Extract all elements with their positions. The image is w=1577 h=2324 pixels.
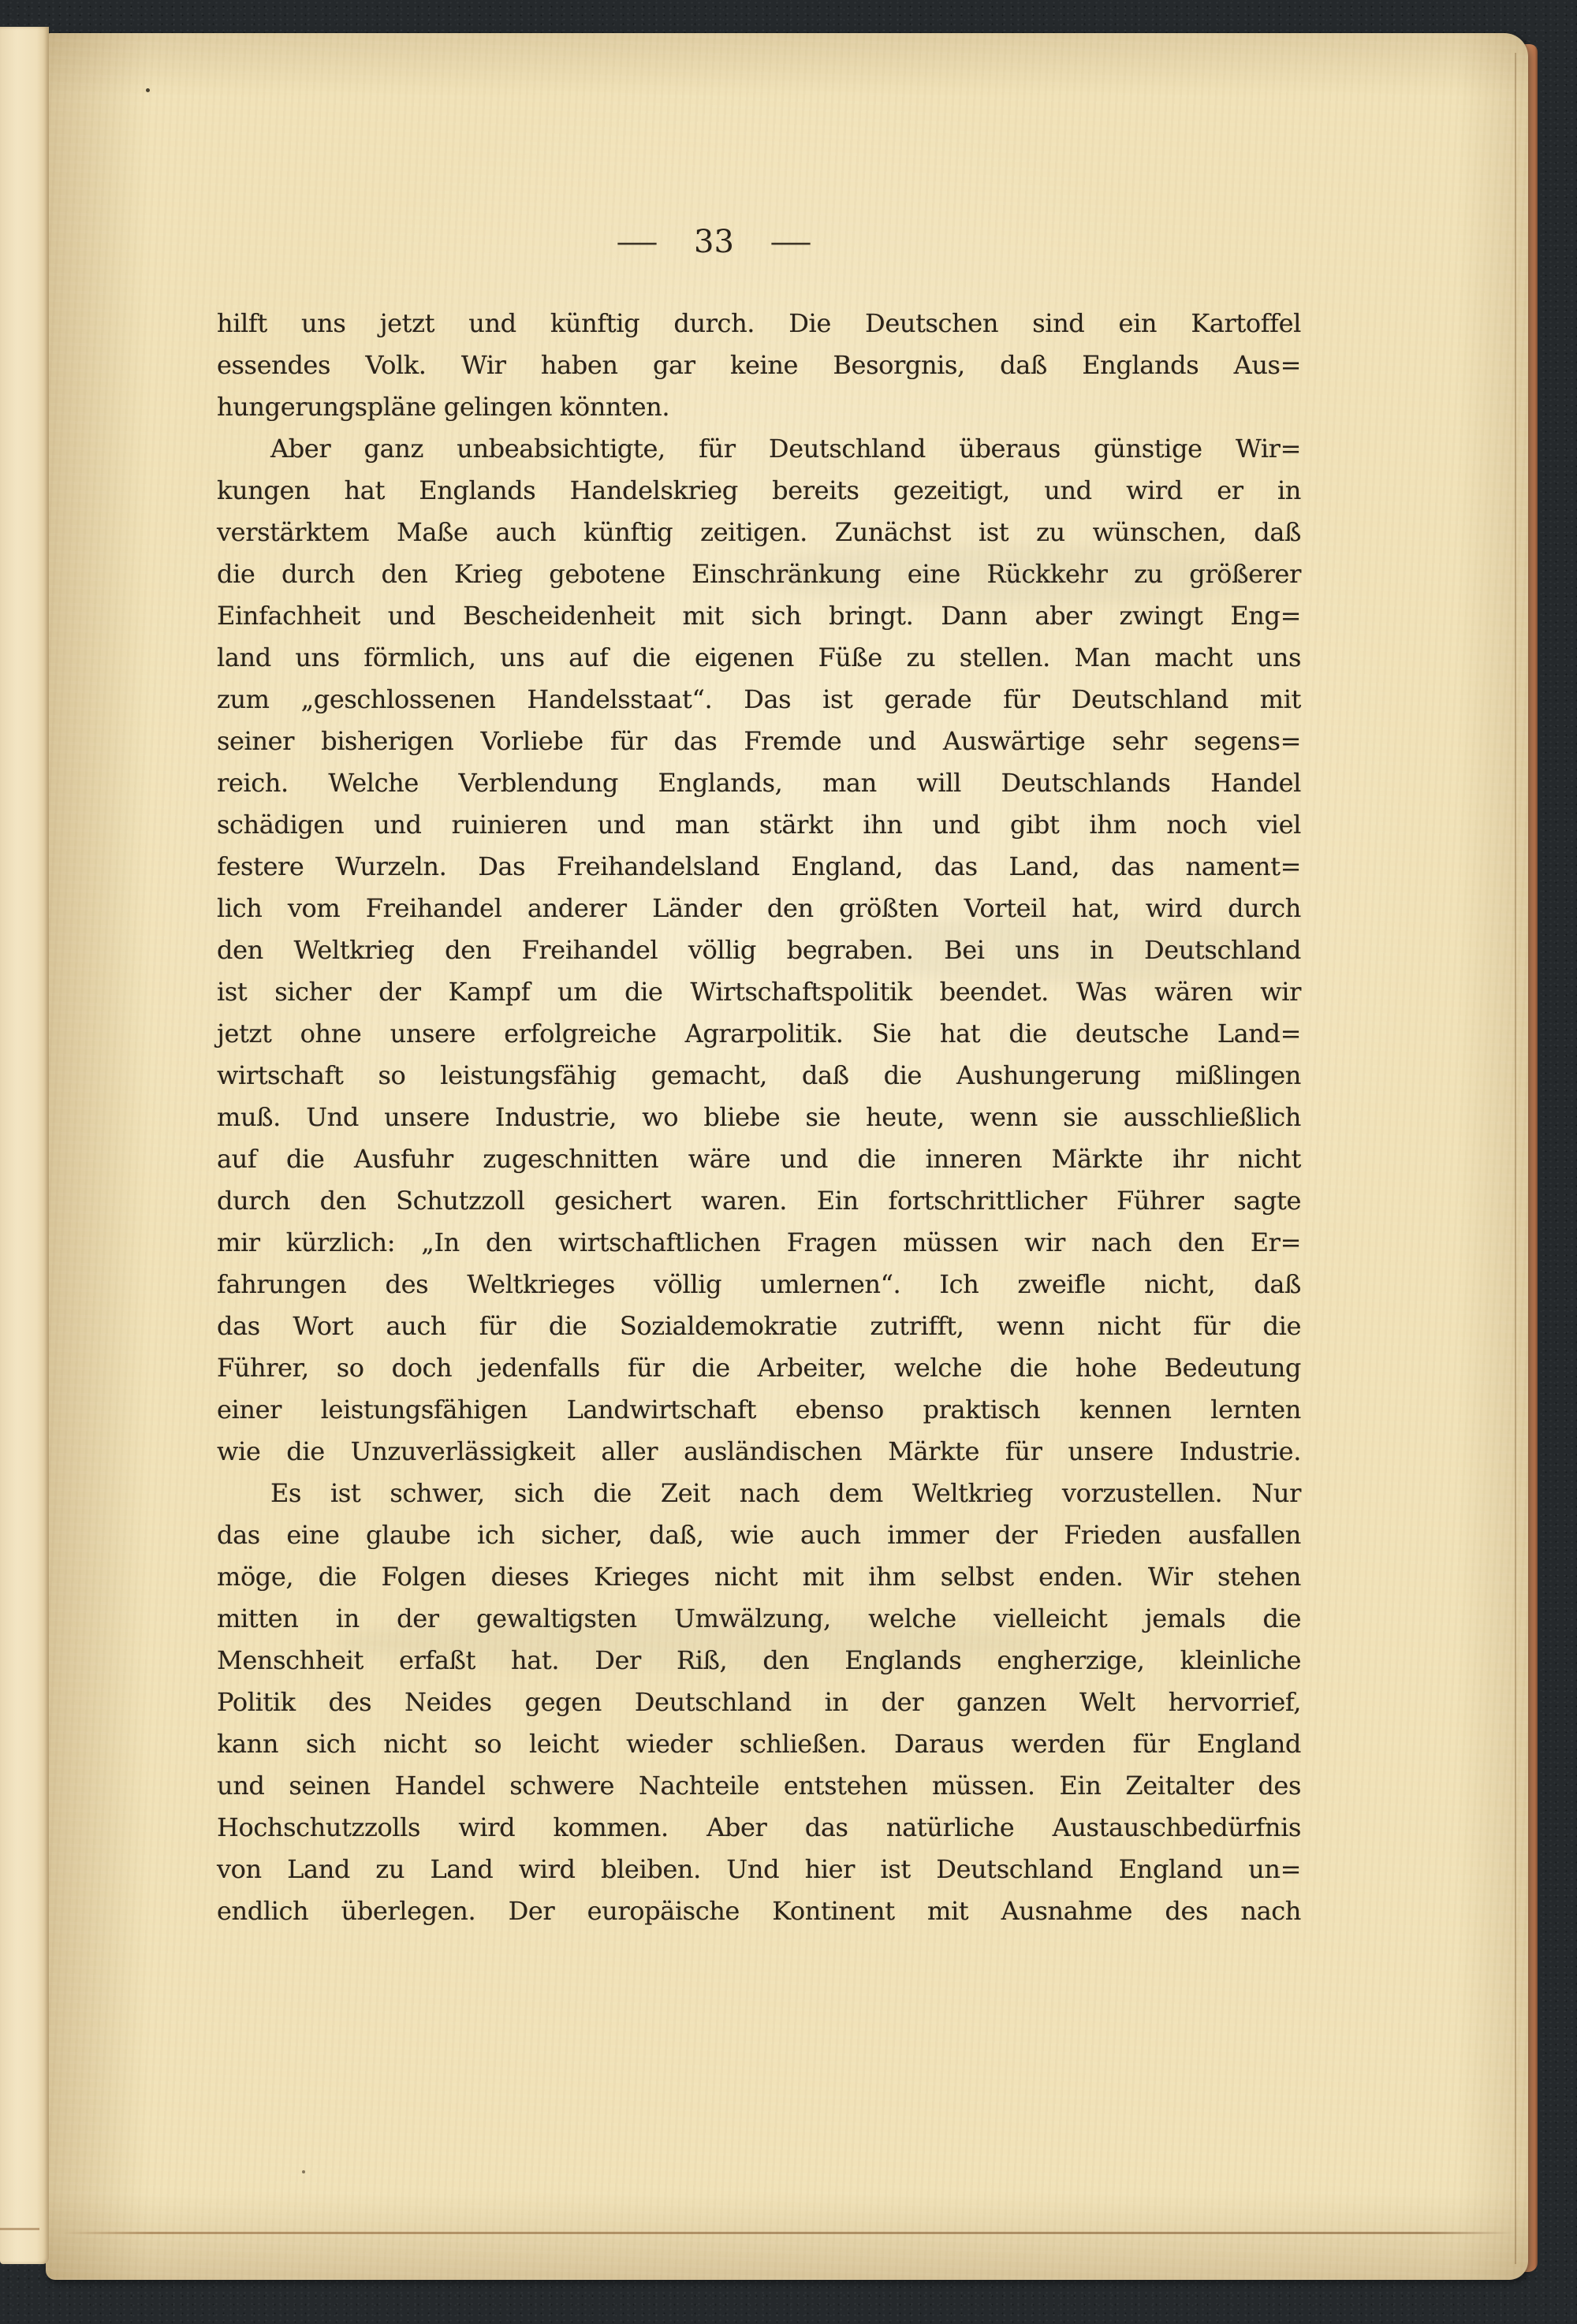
text-line: einer leistungsfähigen Landwirtschaft eb… — [217, 1389, 1301, 1431]
text-line: Einfachheit und Bescheidenheit mit sich … — [217, 595, 1301, 637]
text-line: wirtschaft so leistungsfähig gemacht, da… — [217, 1055, 1301, 1097]
header-dash-left: — — [616, 224, 658, 260]
text-line: möge, die Folgen dieses Krieges nicht mi… — [217, 1556, 1301, 1598]
text-line: wie die Unzuverlässigkeit aller ausländi… — [217, 1431, 1301, 1473]
text-line: reich. Welche Verblendung Englands, man … — [217, 762, 1301, 804]
text-line: das Wort auch für die Sozialdemokratie z… — [217, 1305, 1301, 1347]
book-page: — 33 — hilft uns jetzt und künftig durch… — [46, 33, 1528, 2280]
text-line: kungen hat Englands Handelskrieg bereits… — [217, 470, 1301, 512]
text-line: Aber ganz unbeabsichtigte, für Deutschla… — [217, 428, 1301, 470]
text-line: mir kürzlich: „In den wirtschaftlichen F… — [217, 1222, 1301, 1264]
text-line: auf die Ausfuhr zugeschnitten wäre und d… — [217, 1138, 1301, 1180]
text-line: ist sicher der Kampf um die Wirtschaftsp… — [217, 971, 1301, 1013]
paper-speck — [302, 2170, 305, 2173]
text-line: Politik des Neides gegen Deutschland in … — [217, 1682, 1301, 1723]
text-line: muß. Und unsere Industrie, wo bliebe sie… — [217, 1097, 1301, 1138]
text-line: und seinen Handel schwere Nachteile ents… — [217, 1765, 1301, 1807]
text-line: jetzt ohne unsere erfolgreiche Agrarpoli… — [217, 1013, 1301, 1055]
text-line: verstärktem Maße auch künftig zeitigen. … — [217, 512, 1301, 553]
text-line: Hochschutzzolls wird kommen. Aber das na… — [217, 1807, 1301, 1849]
text-line: lich vom Freihandel anderer Länder den g… — [217, 888, 1301, 929]
text-line: schädigen und ruinieren und man stärkt i… — [217, 804, 1301, 846]
header-dash-right: — — [770, 224, 812, 260]
text-line: essendes Volk. Wir haben gar keine Besor… — [217, 345, 1301, 386]
text-line: kann sich nicht so leicht wieder schließ… — [217, 1723, 1301, 1765]
text-line: die durch den Krieg gebotene Einschränku… — [217, 553, 1301, 595]
text-line: hungerungspläne gelingen könnten. — [217, 386, 1301, 428]
paper-speck — [146, 88, 150, 92]
text-line: hilft uns jetzt und künftig durch. Die D… — [217, 303, 1301, 345]
text-line: fahrungen des Weltkrieges völlig umlerne… — [217, 1264, 1301, 1305]
page-number-header: — 33 — — [172, 224, 1256, 260]
text-line: den Weltkrieg den Freihandel völlig begr… — [217, 929, 1301, 971]
text-line: Es ist schwer, sich die Zeit nach dem We… — [217, 1473, 1301, 1514]
text-line: durch den Schutzzoll gesichert waren. Ei… — [217, 1180, 1301, 1222]
text-line: zum „geschlossenen Handelsstaat“. Das is… — [217, 679, 1301, 721]
text-line: mitten in der gewaltigsten Umwälzung, we… — [217, 1598, 1301, 1640]
text-line: endlich überlegen. Der europäische Konti… — [217, 1890, 1301, 1932]
body-text: hilft uns jetzt und künftig durch. Die D… — [217, 303, 1301, 1932]
text-line: Führer, so doch jedenfalls für die Arbei… — [217, 1347, 1301, 1389]
text-line: land uns förmlich, uns auf die eigenen F… — [217, 637, 1301, 679]
text-line: festere Wurzeln. Das Freihandelsland Eng… — [217, 846, 1301, 888]
page-number: 33 — [694, 224, 734, 260]
adjacent-page-edge — [0, 27, 49, 2264]
underlying-page-edge — [63, 2232, 1515, 2234]
text-line: von Land zu Land wird bleiben. Und hier … — [217, 1849, 1301, 1890]
text-line: das eine glaube ich sicher, daß, wie auc… — [217, 1514, 1301, 1556]
text-line: seiner bisherigen Vorliebe für das Fremd… — [217, 721, 1301, 762]
text-line: Menschheit erfaßt hat. Der Riß, den Engl… — [217, 1640, 1301, 1682]
underlying-page-edge-left — [0, 2228, 39, 2230]
